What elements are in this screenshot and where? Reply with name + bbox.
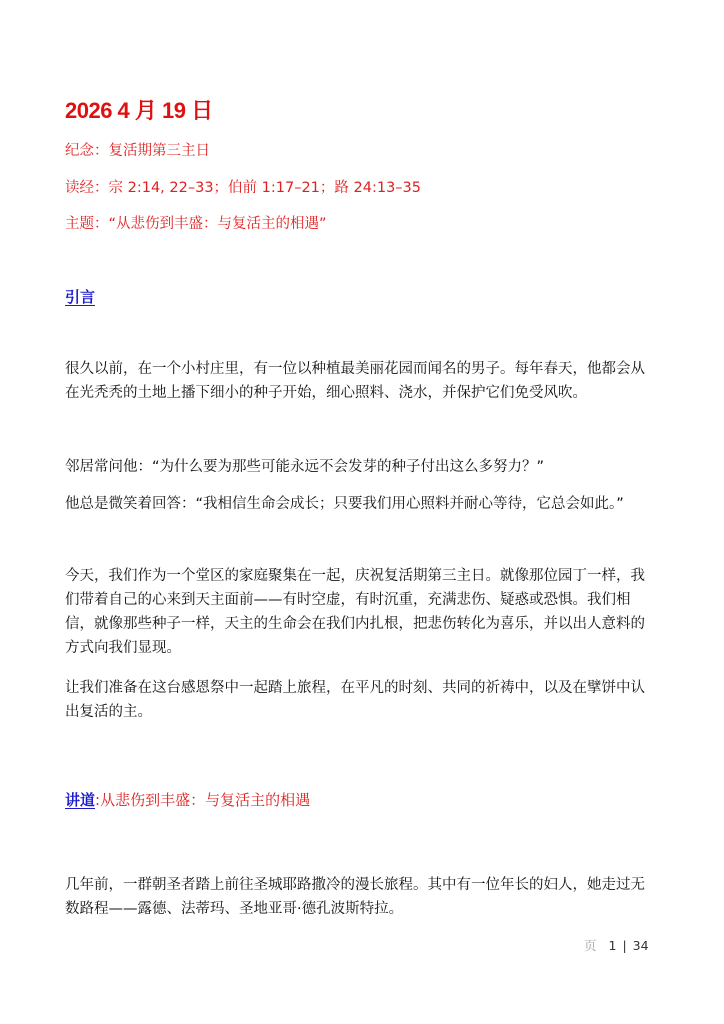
document-page: 2026 4 月 19 日 纪念：复活期第三主日 读经：宗 2:14, 22–3…: [0, 0, 724, 1024]
intro-paragraph: 很久以前，在一个小村庄里，有一位以种植最美丽花园而闻名的男子。每年春天，他都会从…: [65, 357, 655, 405]
document-date: 2026 4 月 19 日: [65, 94, 213, 125]
total-pages: 34: [633, 938, 649, 953]
intro-paragraph: 让我们准备在这台感恩祭中一起踏上旅程，在平凡的时刻、共同的祈祷中，以及在擘饼中认…: [65, 676, 655, 724]
page-number: 1: [609, 938, 617, 953]
intro-paragraph: 邻居常问他：“为什么要为那些可能永远不会发芽的种子付出这么多努力？”: [65, 455, 655, 479]
sermon-heading: 讲道:从悲伤到丰盛：与复活主的相遇: [65, 789, 310, 810]
intro-paragraph: 今天，我们作为一个堂区的家庭聚集在一起，庆祝复活期第三主日。就像那位园丁一样，我…: [65, 564, 655, 660]
intro-heading-link[interactable]: 引言: [65, 286, 95, 307]
intro-paragraph: 他总是微笑着回答：“我相信生命会成长；只要我们用心照料并耐心等待，它总会如此。”: [65, 492, 655, 516]
sermon-paragraph: 几年前，一群朝圣者踏上前往圣城耶路撒冷的漫长旅程。其中有一位年长的妇人，她走过无…: [65, 873, 655, 921]
commemoration-line: 纪念：复活期第三主日: [65, 139, 210, 160]
page-separator: |: [622, 938, 626, 953]
sermon-heading-title: 从悲伤到丰盛：与复活主的相遇: [100, 791, 310, 809]
page-footer: 页 1 | 34: [584, 936, 649, 954]
page-label: 页: [584, 938, 597, 953]
readings-line: 读经：宗 2:14, 22–33；伯前 1:17–21；路 24:13–35: [65, 176, 421, 197]
theme-line: 主题：“从悲伤到丰盛：与复活主的相遇”: [65, 212, 327, 233]
sermon-heading-link[interactable]: 讲道: [65, 791, 95, 809]
